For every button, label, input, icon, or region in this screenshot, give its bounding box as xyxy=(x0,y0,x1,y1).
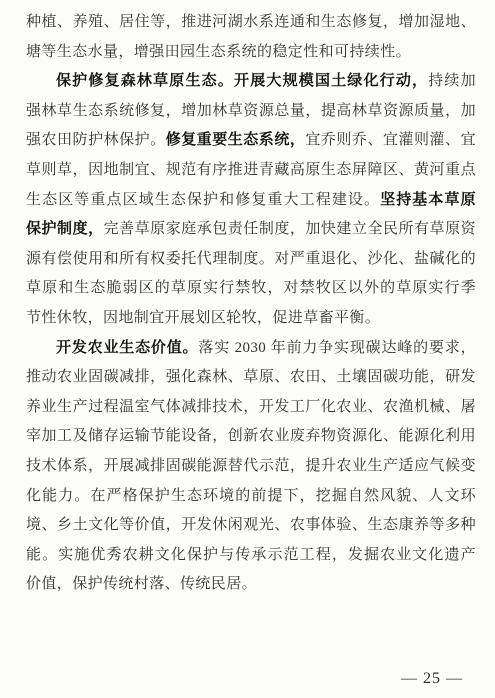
text-segment: 草原和生态脆弱区的草原实行禁牧，对禁牧区以外的草原实行季 xyxy=(26,280,476,296)
page-number: — 25 — xyxy=(401,670,463,688)
text-segment: 强农田防护林保护。 xyxy=(26,132,166,148)
text-line: 强林草生态系统修复，增加林草资源总量，提高林草资源质量，加 xyxy=(26,97,476,127)
bold-text-segment: 保护制度， xyxy=(26,221,104,237)
text-line: 生态区等重点区域生态保护和修复重大工程建设。坚持基本草原 xyxy=(26,186,476,216)
document-body: 种植、养殖、居住等，推进河湖水系连通和生态修复，增加湿地、堰塘等生态水量，增强田… xyxy=(26,8,476,600)
text-line: 化能力。在严格保护生态环境的前提下，挖掘自然风貌、人文环 xyxy=(26,482,476,512)
bold-text-segment: 开发农业生态价值。 xyxy=(56,340,198,356)
text-line: 源有偿使用和所有权委托代理制度。对严重退化、沙化、盐碱化的 xyxy=(26,245,476,275)
text-line: 强农田防护林保护。修复重要生态系统，宜乔则乔、宜灌则灌、宜 xyxy=(26,126,476,156)
bold-text-segment: 坚持基本草原 xyxy=(380,192,476,208)
text-line: 草原和生态脆弱区的草原实行禁牧，对禁牧区以外的草原实行季 xyxy=(26,274,476,304)
text-segment: 技术体系，开展减排固碳能源替代示范，提升农业生产适应气候变 xyxy=(26,458,476,474)
text-line: 养业生产过程温室气体减排技术，开发工厂化农业、农渔机械、屠 xyxy=(26,393,476,423)
text-line: 能。实施优秀农耕文化保护与传承示范工程，发掘农业文化遗产 xyxy=(26,541,476,571)
text-segment: 推动农业固碳减排，强化森林、草原、农田、土壤固碳功能，研发种 xyxy=(26,369,476,393)
document-page: 种植、养殖、居住等，推进河湖水系连通和生态修复，增加湿地、堰塘等生态水量，增强田… xyxy=(0,0,495,698)
text-segment: 宰加工及储存运输节能设备，创新农业废弃物资源化、能源化利用 xyxy=(26,428,476,444)
text-segment: 完善草原家庭承包责任制度，加快建立全民所有草原资 xyxy=(104,221,476,237)
text-segment: 落实 2030 年前力争实现碳达峰的要求， xyxy=(198,340,476,356)
text-segment: 持续加 xyxy=(428,73,476,89)
text-segment: 价值，保护传统村落、传统民居。 xyxy=(26,576,257,592)
text-segment: 化能力。在严格保护生态环境的前提下，挖掘自然风貌、人文环 xyxy=(26,488,476,504)
text-line: 保护制度，完善草原家庭承包责任制度，加快建立全民所有草原资 xyxy=(26,215,476,245)
text-line: 推动农业固碳减排，强化森林、草原、农田、土壤固碳功能，研发种 xyxy=(26,363,476,393)
text-segment: 境、乡土文化等价值，开发休闲观光、农事体验、生态康养等多种功 xyxy=(26,517,476,541)
text-line: 技术体系，开展减排固碳能源替代示范，提升农业生产适应气候变 xyxy=(26,452,476,482)
text-segment: 强林草生态系统修复，增加林草资源总量，提高林草资源质量，加 xyxy=(26,103,476,119)
text-segment: 种植、养殖、居住等，推进河湖水系连通和生态修复，增加湿地、堰 xyxy=(26,14,476,38)
text-segment: 养业生产过程温室气体减排技术，开发工厂化农业、农渔机械、屠 xyxy=(26,399,476,415)
text-line: 价值，保护传统村落、传统民居。 xyxy=(26,570,476,600)
text-segment: 能。实施优秀农耕文化保护与传承示范工程，发掘农业文化遗产 xyxy=(26,547,476,563)
text-segment: 源有偿使用和所有权委托代理制度。对严重退化、沙化、盐碱化的 xyxy=(26,251,476,267)
text-segment: 草则草，因地制宜、规范有序推进青藏高原生态屏障区、黄河重点 xyxy=(26,162,476,178)
text-line: 草则草，因地制宜、规范有序推进青藏高原生态屏障区、黄河重点 xyxy=(26,156,476,186)
bold-text-segment: 保护修复森林草原生态。开展大规模国土绿化行动， xyxy=(56,73,428,89)
text-line: 种植、养殖、居住等，推进河湖水系连通和生态修复，增加湿地、堰 xyxy=(26,8,476,38)
text-line: 保护修复森林草原生态。开展大规模国土绿化行动，持续加 xyxy=(26,67,476,97)
text-line: 宰加工及储存运输节能设备，创新农业废弃物资源化、能源化利用 xyxy=(26,422,476,452)
text-segment: 塘等生态水量，增强田园生态系统的稳定性和可持续性。 xyxy=(26,44,411,60)
text-segment: 生态区等重点区域生态保护和修复重大工程建设。 xyxy=(26,192,380,208)
text-line: 境、乡土文化等价值，开发休闲观光、农事体验、生态康养等多种功 xyxy=(26,511,476,541)
bold-text-segment: 修复重要生态系统， xyxy=(166,132,306,148)
text-line: 塘等生态水量，增强田园生态系统的稳定性和可持续性。 xyxy=(26,38,476,68)
text-line: 开发农业生态价值。落实 2030 年前力争实现碳达峰的要求， xyxy=(26,334,476,364)
text-line: 节性休牧，因地制宜开展划区轮牧，促进草畜平衡。 xyxy=(26,304,476,334)
text-segment: 宜乔则乔、宜灌则灌、宜 xyxy=(305,132,476,148)
text-segment: 节性休牧，因地制宜开展划区轮牧，促进草畜平衡。 xyxy=(26,310,380,326)
